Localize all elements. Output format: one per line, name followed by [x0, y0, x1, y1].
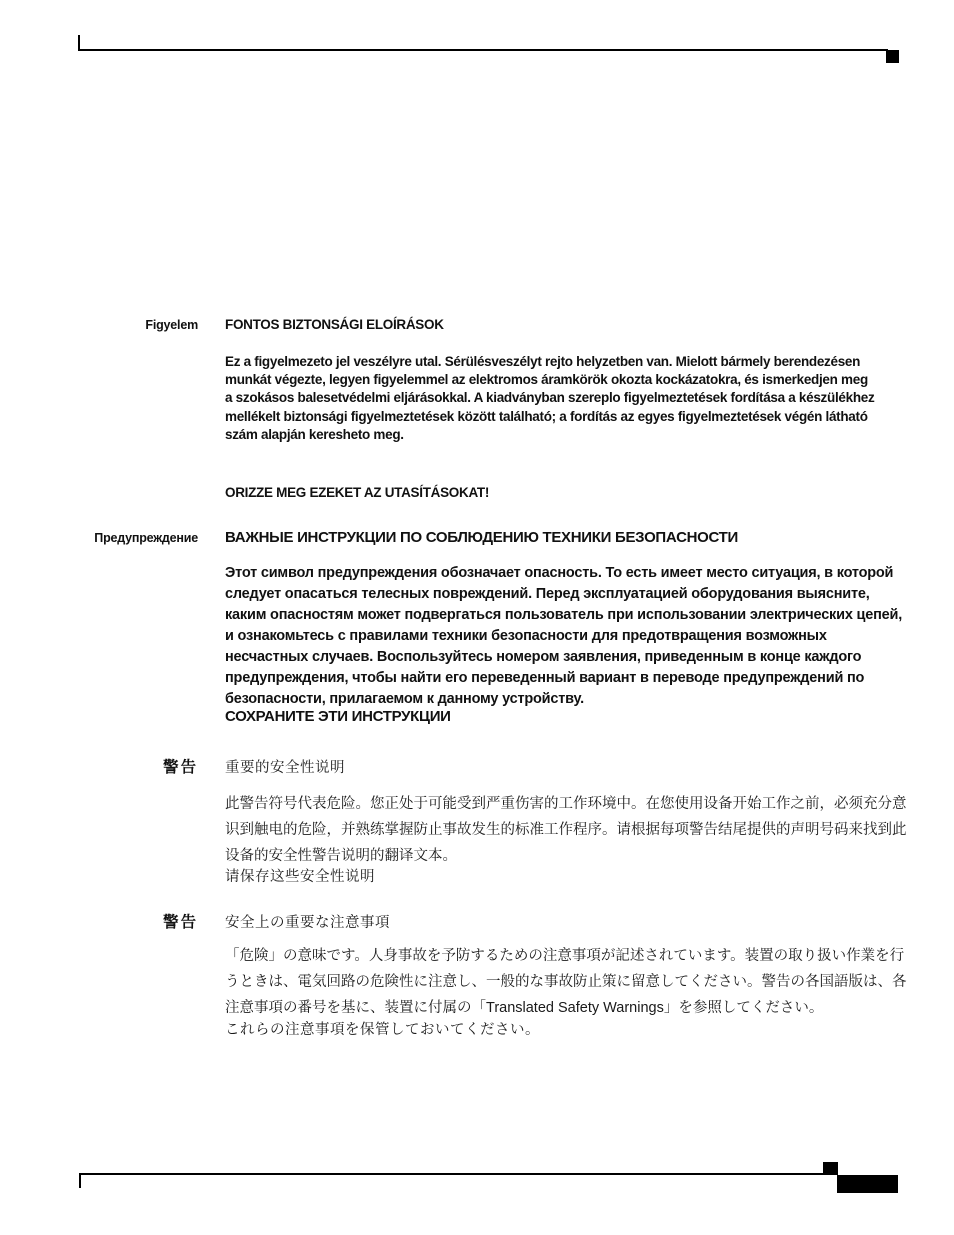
section-body-chinese: 此警告符号代表危险。您正处于可能受到严重伤害的工作环境中。在您使用设备开始工作之… — [225, 791, 913, 869]
warning-label-hungarian: Figyelem — [40, 318, 198, 332]
bottom-right-page-tab — [837, 1175, 898, 1193]
section-body-japanese: 「危険」の意味です。人身事故を予防するための注意事項が記述されています。装置の取… — [225, 943, 913, 1021]
section-body-hungarian: Ez a figyelmezeto jel veszélyre utal. Sé… — [225, 353, 877, 444]
bottom-registration-mark — [823, 1162, 838, 1173]
warning-label-chinese: 警告 — [40, 755, 198, 777]
warning-label-japanese: 警告 — [40, 910, 198, 932]
manual-page: Figyelem FONTOS BIZTONSÁGI ELOÍRÁSOK Ez … — [0, 0, 954, 1235]
section-title-russian: ВАЖНЫЕ ИНСТРУКЦИИ ПО СОБЛЮДЕНИЮ ТЕХНИКИ … — [225, 529, 738, 546]
section-title-chinese: 重要的安全性说明 — [225, 756, 345, 777]
section-title-hungarian: FONTOS BIZTONSÁGI ELOÍRÁSOK — [225, 317, 444, 332]
warning-label-russian: Предупреждение — [40, 531, 198, 545]
top-rule — [78, 49, 888, 51]
section-footer-chinese: 请保存这些安全性说明 — [225, 865, 375, 886]
section-body-russian: Этот символ предупреждения обозначает оп… — [225, 563, 903, 710]
bottom-rule — [79, 1173, 838, 1175]
section-footer-russian: СОХРАНИТЕ ЭТИ ИНСТРУКЦИИ — [225, 708, 451, 725]
section-footer-japanese: これらの注意事項を保管しておいてください。 — [225, 1018, 540, 1039]
bottom-left-crop-mark — [79, 1173, 81, 1188]
section-footer-hungarian: ORIZZE MEG EZEKET AZ UTASÍTÁSOKAT! — [225, 485, 489, 500]
section-title-japanese: 安全上の重要な注意事項 — [225, 911, 390, 932]
top-right-registration-mark — [886, 50, 899, 63]
